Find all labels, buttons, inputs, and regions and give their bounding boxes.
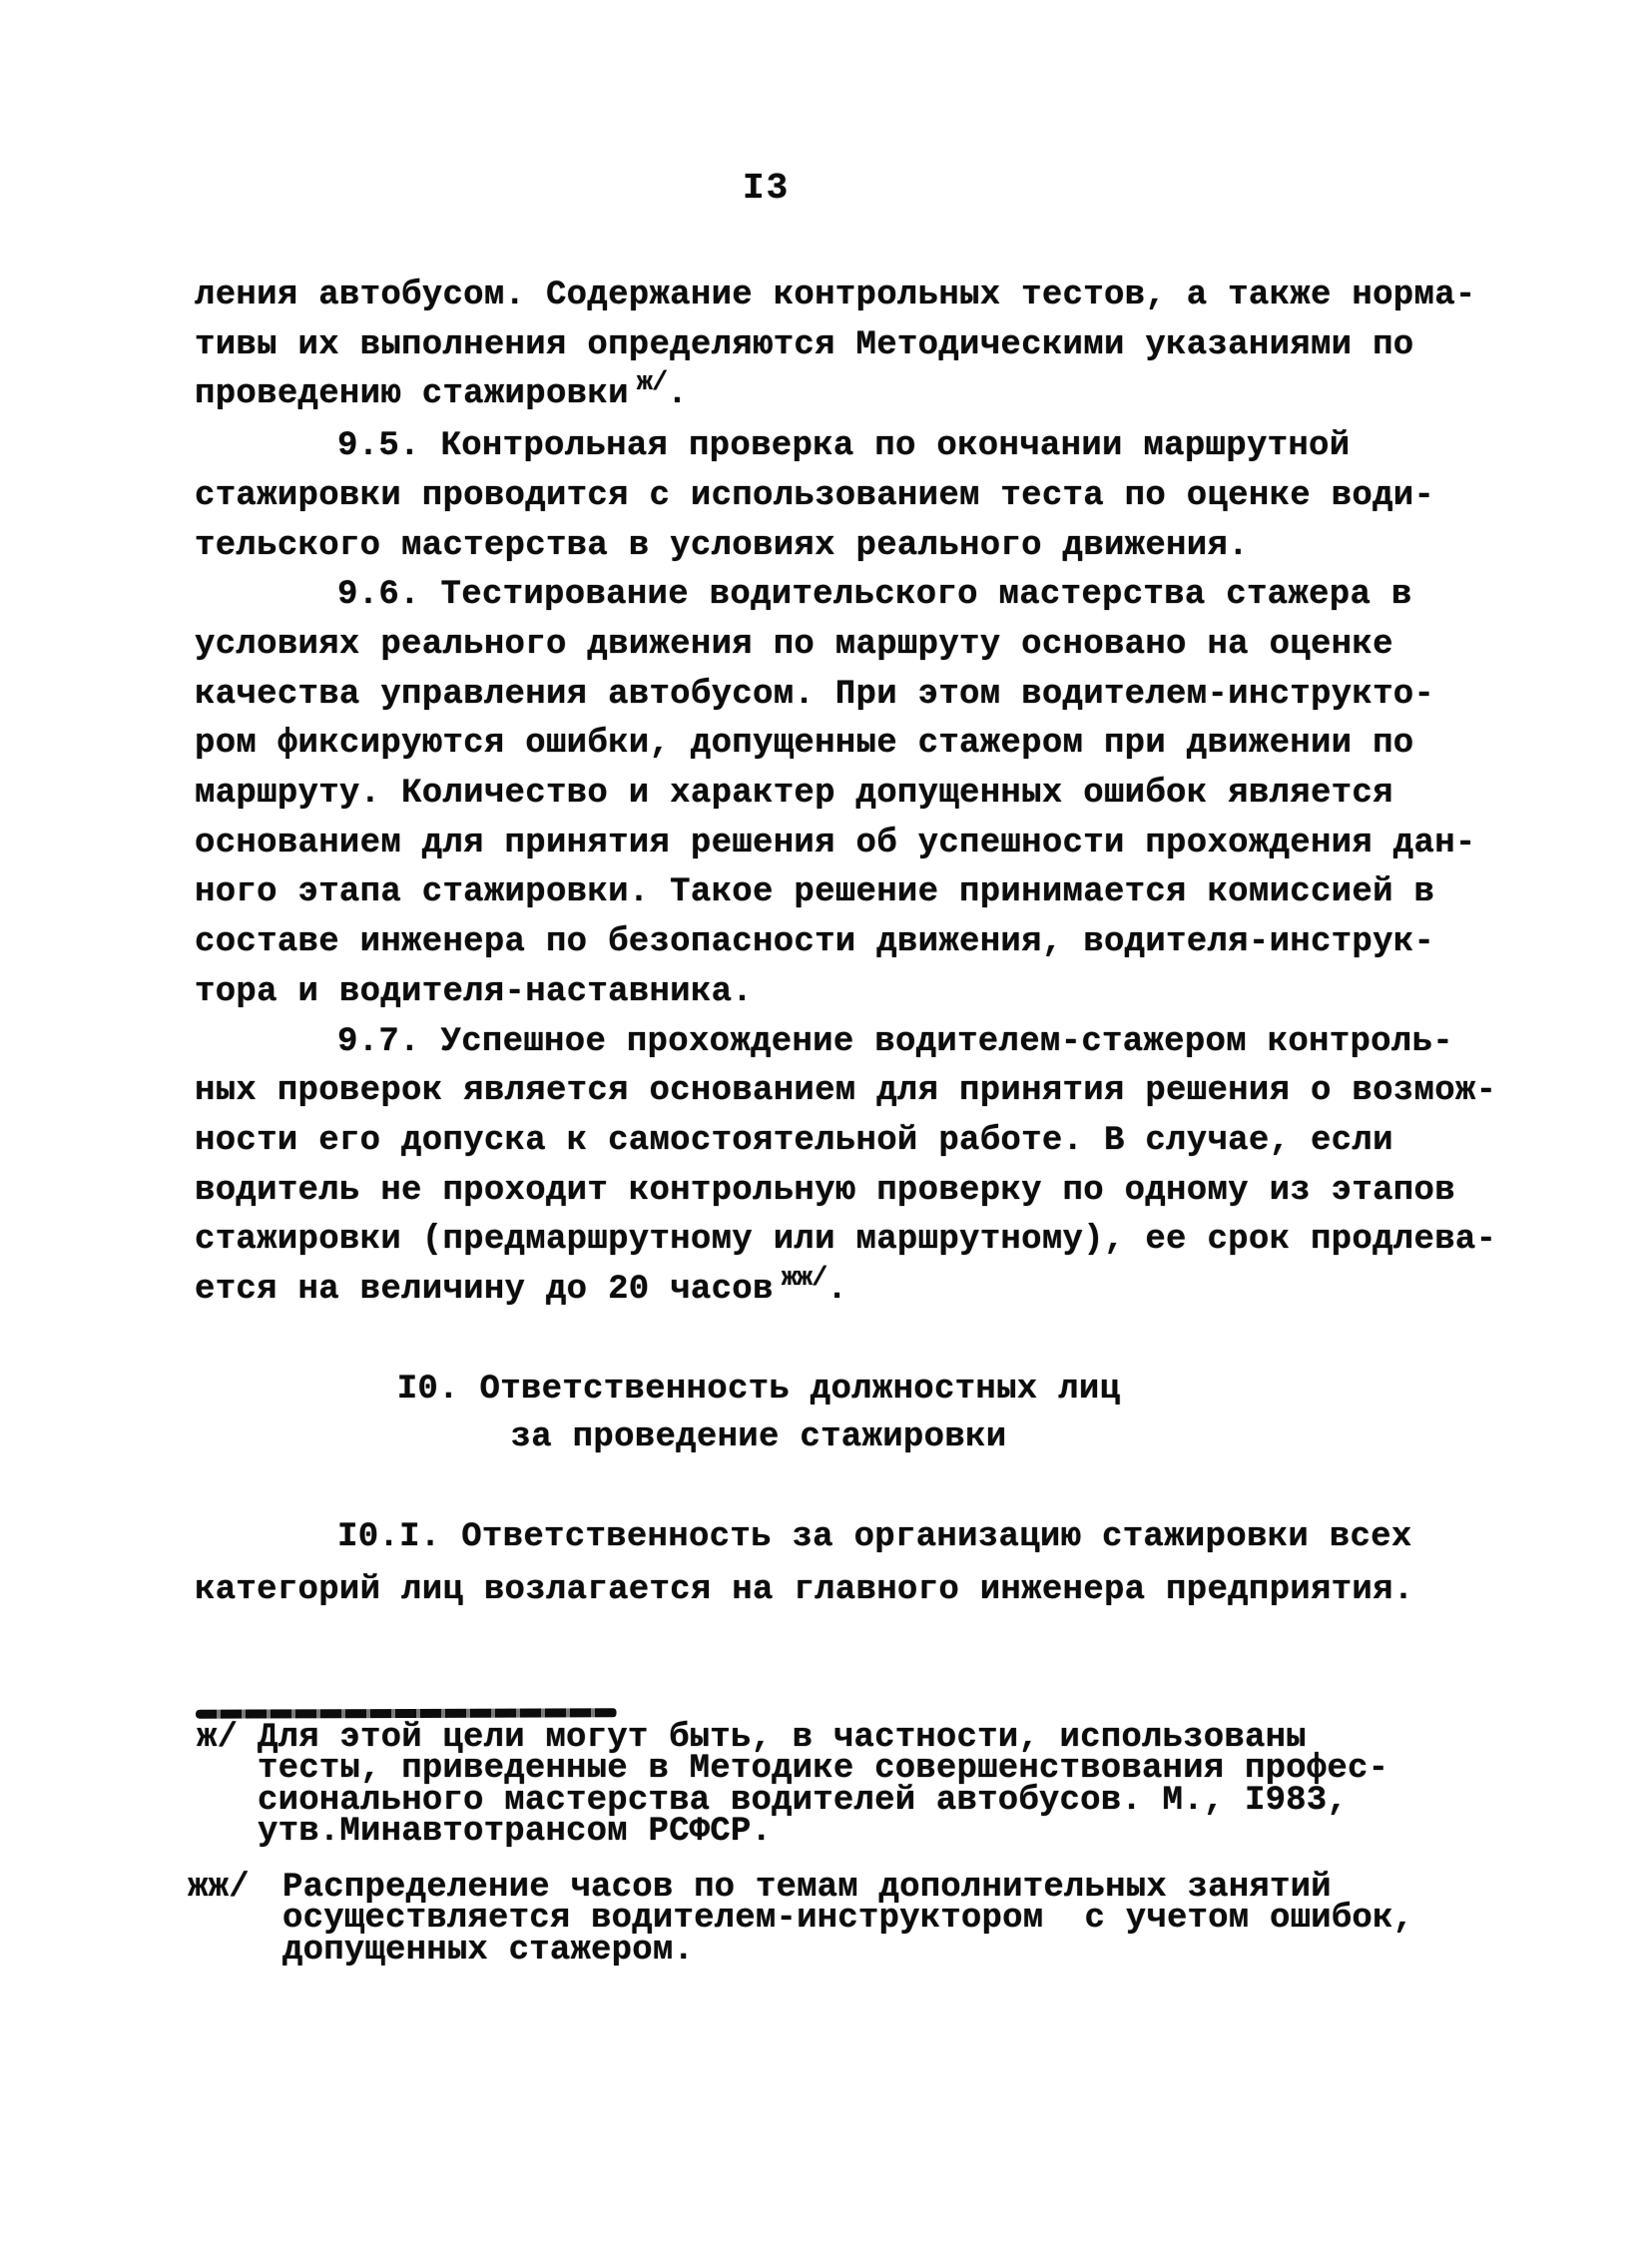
- body-line-text: .: [667, 375, 688, 413]
- footnote-2-marker: жж/: [188, 1873, 250, 1904]
- body-line-section-9-5: 9.5. Контрольная проверка по окончании м…: [195, 422, 1522, 472]
- body-line: водитель не проходит контрольную проверк…: [195, 1167, 1522, 1217]
- body-line: категорий лиц возлагается на главного ин…: [195, 1564, 1522, 1617]
- page-number: I3: [743, 168, 790, 209]
- section-heading-line: за проведение стажировки: [180, 1413, 1338, 1461]
- footnote-2: жж/ Распределение часов по темам дополни…: [188, 1873, 1413, 1966]
- body-line-section-10-1: I0.I. Ответственность за организацию ста…: [195, 1511, 1522, 1564]
- body-line: маршруту. Количество и характер допущенн…: [195, 770, 1522, 820]
- section-10-heading: I0. Ответственность должностных лиц за п…: [180, 1366, 1338, 1461]
- body-line-text: проведению стажировки: [195, 375, 629, 413]
- body-line: ром фиксируются ошибки, допущенные стаже…: [195, 720, 1522, 770]
- footnote-line: утв.Минавтотрансом РСФСР.: [258, 1817, 1388, 1848]
- body-line-text: .: [826, 1271, 847, 1309]
- footnote-ref-2: жж/: [782, 1255, 827, 1305]
- body-line: ного этапа стажировки. Такое решение при…: [195, 868, 1522, 918]
- body-line: составе инженера по безопасности движени…: [195, 918, 1522, 968]
- scanned-document-page: I3 ления автобусом. Содержание контрольн…: [0, 0, 1652, 2242]
- footnote-2-text: Распределение часов по темам дополнитель…: [282, 1873, 1413, 1966]
- footnote-ref-1: ж/: [637, 359, 667, 409]
- footnote-line: допущенных стажером.: [282, 1936, 1413, 1966]
- body-line: стажировки (предмаршрутному или маршрутн…: [195, 1216, 1522, 1266]
- body-line: проведению стажировкиж/.: [195, 370, 1522, 422]
- body-line: ных проверок является основанием для при…: [195, 1067, 1522, 1117]
- footnote-1-text: Для этой цели могут быть, в частности, и…: [258, 1723, 1388, 1849]
- body-line: тивы их выполнения определяются Методиче…: [195, 321, 1522, 371]
- body-line: тора и водителя-наставника.: [195, 968, 1522, 1018]
- body-line: качества управления автобусом. При этом …: [195, 671, 1522, 721]
- body-line: тельского мастерства в условиях реальног…: [195, 522, 1522, 572]
- body-line: основанием для принятия решения об успеш…: [195, 820, 1522, 869]
- section-heading-line: I0. Ответственность должностных лиц: [180, 1366, 1338, 1413]
- footnote-1: ж/ Для этой цели могут быть, в частности…: [197, 1723, 1388, 1849]
- body-line-section-9-6: 9.6. Тестирование водительского мастерст…: [195, 571, 1522, 621]
- footnote-separator-rule: [196, 1708, 617, 1718]
- body-line: ется на величину до 20 часовжж/.: [195, 1266, 1522, 1318]
- body-line: ности его допуска к самостоятельной рабо…: [195, 1117, 1522, 1167]
- paragraph-10-1: I0.I. Ответственность за организацию ста…: [195, 1511, 1522, 1617]
- body-line: стажировки проводится с использованием т…: [195, 472, 1522, 522]
- body-text: ления автобусом. Содержание контрольных …: [195, 272, 1522, 1318]
- body-line-text: ется на величину до 20 часов: [195, 1271, 774, 1309]
- body-line: условиях реального движения по маршруту …: [195, 621, 1522, 671]
- body-line: ления автобусом. Содержание контрольных …: [195, 272, 1522, 321]
- footnote-1-marker: ж/: [197, 1723, 238, 1754]
- body-line-section-9-7: 9.7. Успешное прохождение водителем-стаж…: [195, 1018, 1522, 1068]
